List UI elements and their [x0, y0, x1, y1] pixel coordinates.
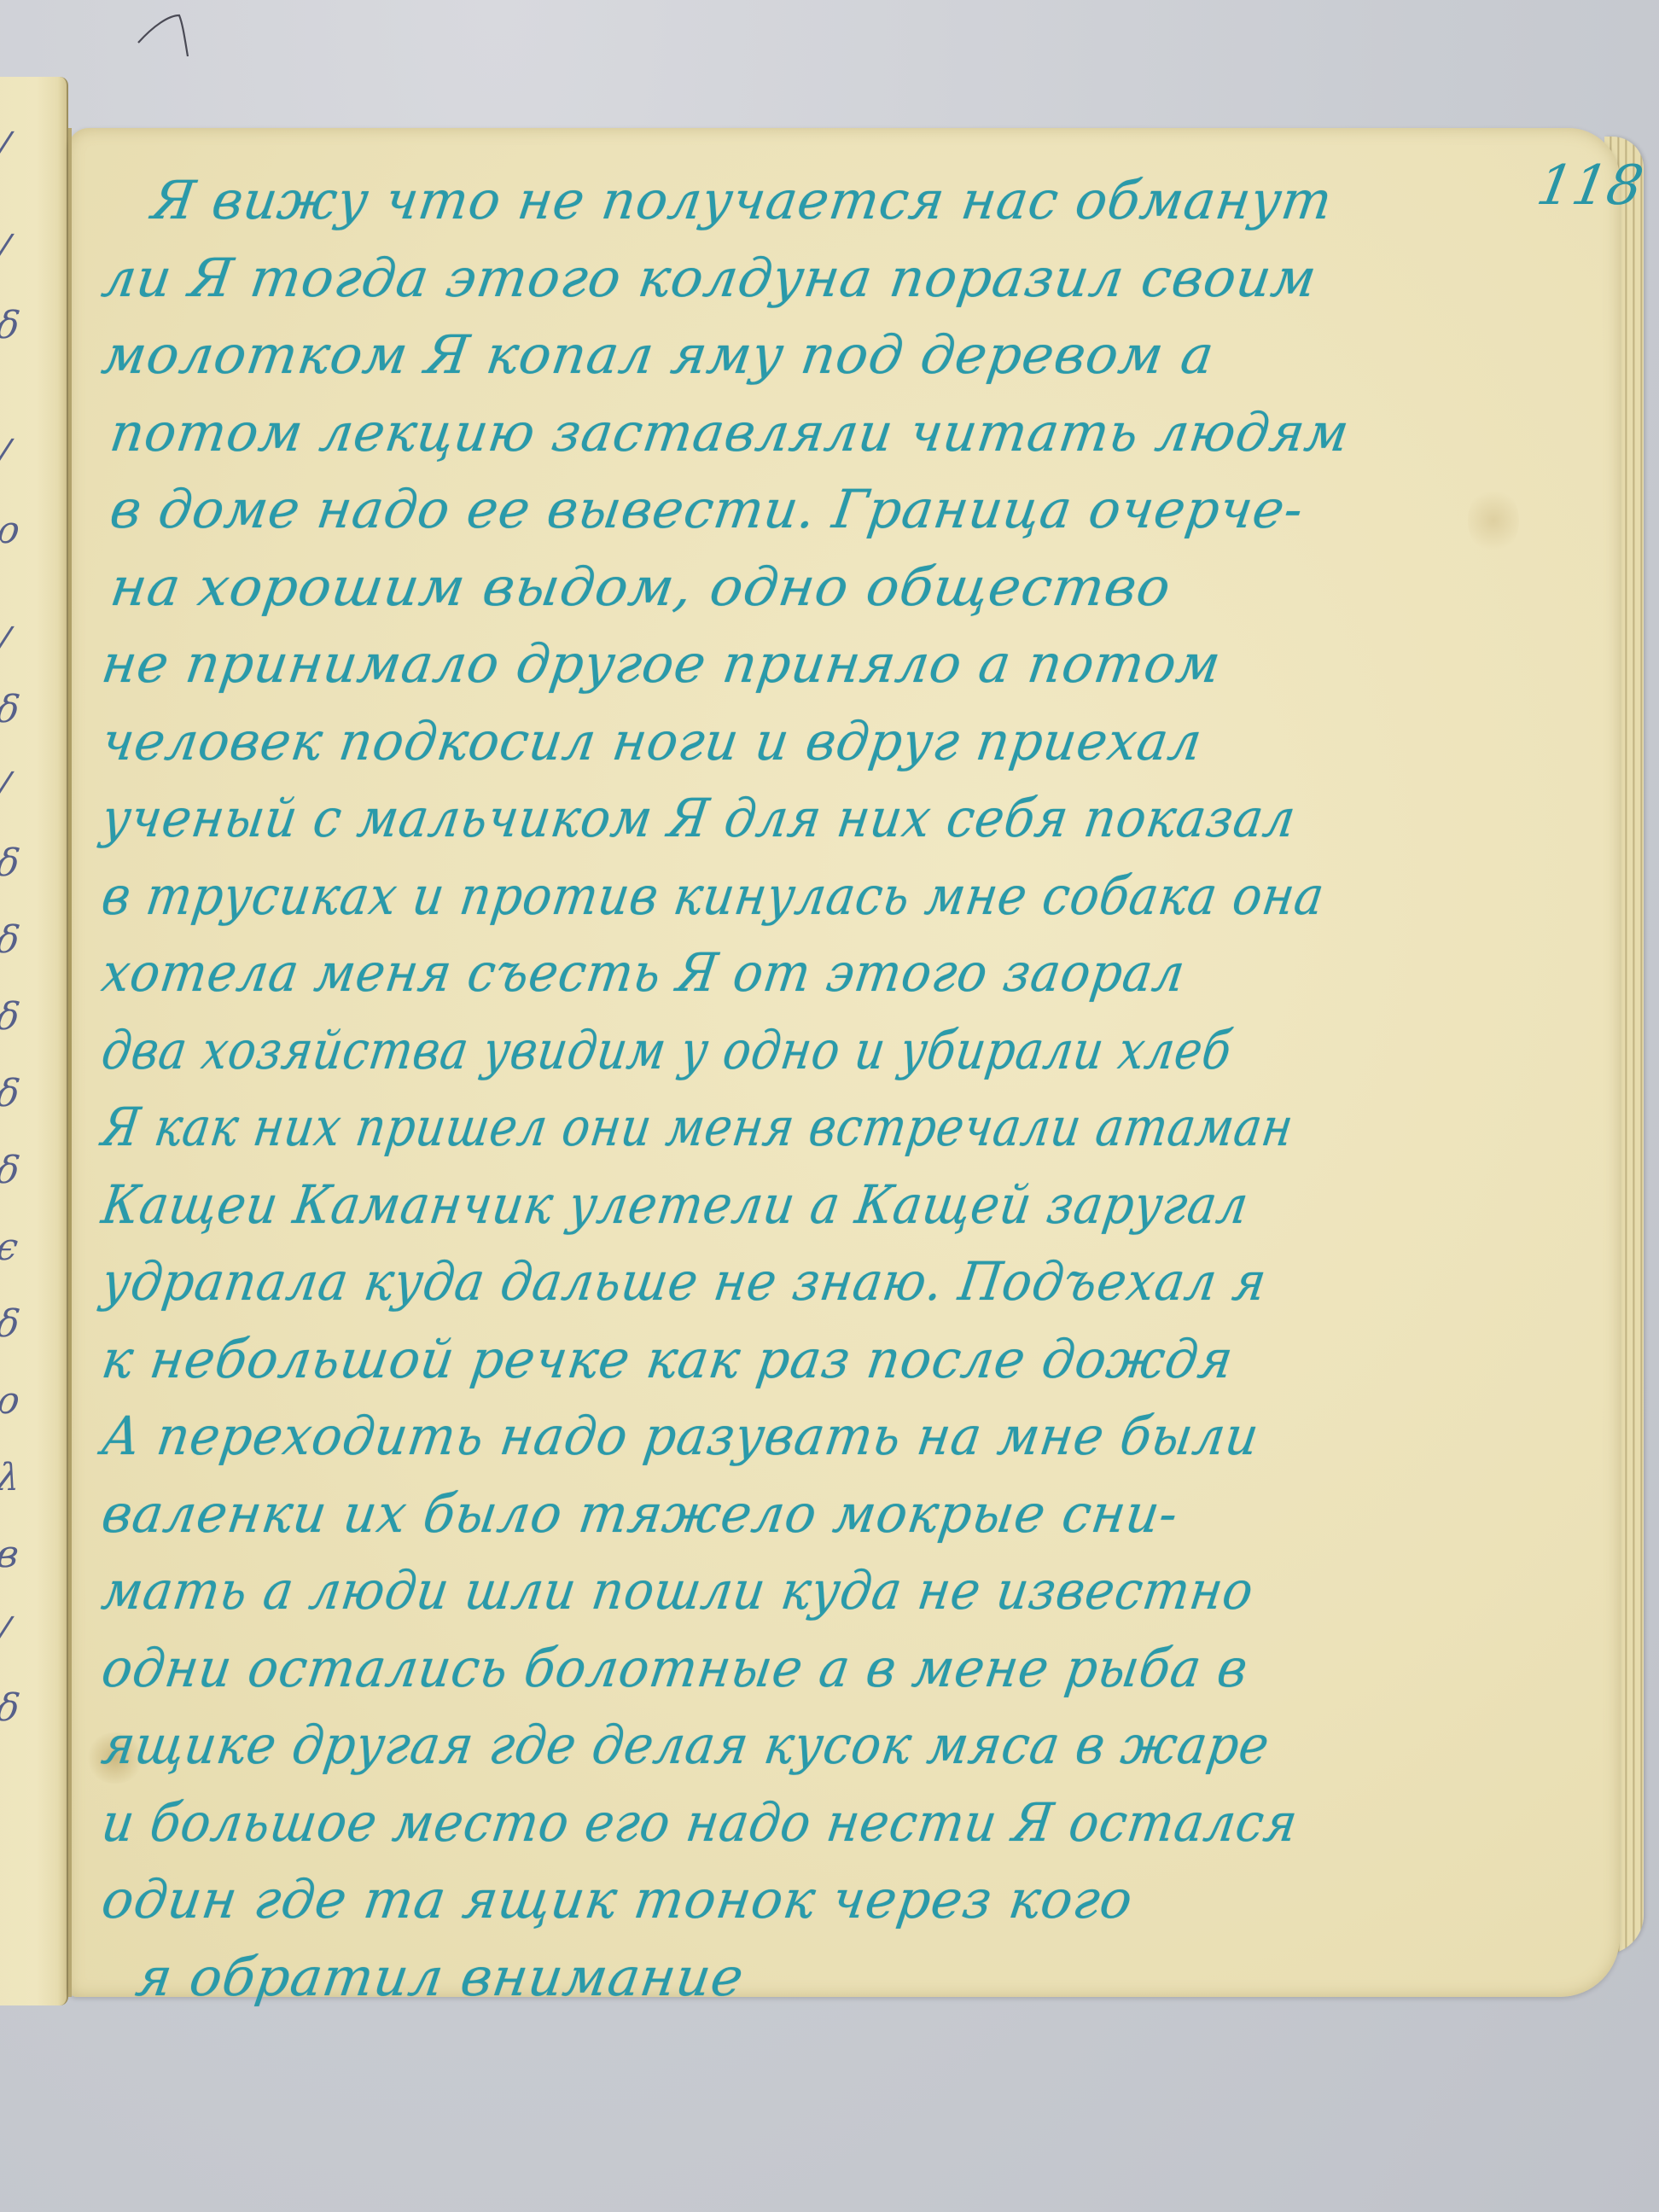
notebook-page: 118 Я вижу что не получается нас обманут…: [68, 128, 1620, 1997]
facing-page-glyph: ∕: [0, 435, 12, 473]
facing-page-glyph: λ: [0, 1459, 23, 1497]
facing-page-glyph: δ: [0, 1690, 22, 1727]
text-line: и большое место его надо нести Я остался: [97, 1784, 1490, 1862]
text-line: Я как них пришел они меня встречали атам…: [97, 1089, 1400, 1167]
facing-page-glyph: δ: [0, 691, 22, 729]
facing-page-glyph: ρ: [0, 512, 21, 550]
text-line: на хорошим выдом, одно общество: [97, 549, 1640, 626]
facing-page-glyph: δ: [0, 1075, 22, 1113]
facing-page-glyph: ∕: [0, 128, 12, 166]
facing-page-glyph: є: [0, 1229, 20, 1266]
text-line: не принимало другое приняло а потом: [97, 626, 1580, 703]
text-line: молотком Я копал яму под деревом а: [97, 317, 1610, 394]
facing-page-glyph: в: [0, 1536, 21, 1574]
binding-gutter: [68, 128, 72, 1997]
text-line: удрапала куда дальше не знаю. Подъехал я: [97, 1243, 1490, 1321]
text-line: ученый с мальчиком Я для них себя показа…: [97, 780, 1490, 858]
text-line: мать а люди шли пошли куда не известно: [97, 1552, 1490, 1630]
text-line: потом лекцию заставляли читать людям: [97, 394, 1580, 472]
facing-page-glyph: ∕: [0, 623, 12, 661]
text-line: валенки их было тяжело мокрые сни-: [97, 1476, 1550, 1553]
text-line: ящике другая где делая кусок мяса в жаре: [97, 1707, 1490, 1784]
text-line: А переходить надо разувать на мне были: [97, 1398, 1520, 1476]
handwritten-text: Я вижу что не получается нас обманут ли …: [102, 162, 1604, 2016]
facing-page-glyph: δ: [0, 998, 22, 1036]
text-line: человек подкосил ноги и вдруг приехал: [97, 703, 1550, 781]
facing-page-glyph: δ: [0, 922, 22, 959]
facing-page-glyph: δ: [0, 845, 22, 882]
facing-page-glyph: δ: [0, 307, 22, 345]
pencil-mark-icon: [128, 7, 205, 58]
text-line: хотела меня съесть Я от этого заорал: [97, 934, 1490, 1012]
facing-page-glyph: δ: [0, 1306, 22, 1343]
facing-page-glyph: ∕: [0, 768, 12, 806]
facing-page-glyph: /: [0, 230, 12, 268]
facing-page-glyph: δ: [0, 1152, 22, 1190]
text-line: Кащеи Каманчик улетели а Кащей заругал: [97, 1167, 1460, 1244]
text-line: к небольшой речке как раз после дождя: [97, 1321, 1550, 1399]
facing-page-edge: ∕ / δ ∕ ρ ∕ δ ∕ δ δ δ δ δ є δ ρ λ в / δ: [0, 77, 68, 2005]
facing-page-glyph: ρ: [0, 1382, 21, 1420]
text-line: два хозяйства увидим у одно и убирали хл…: [97, 1012, 1400, 1090]
text-line: один где та ящик тонок через кого: [97, 1861, 1580, 1939]
text-line: я обратил внимание: [97, 1939, 1610, 2017]
facing-page-glyph: /: [0, 1613, 12, 1650]
text-line: в доме надо ее вывести. Граница очерче-: [97, 471, 1580, 549]
text-line: Я вижу что не получается нас обманут: [97, 162, 1580, 240]
text-line: одни остались болотные а в мене рыба в: [97, 1630, 1520, 1708]
text-line: ли Я тогда этого колдуна поразил своим: [97, 240, 1610, 317]
text-line: в трусиках и против кинулась мне собака …: [97, 858, 1460, 935]
